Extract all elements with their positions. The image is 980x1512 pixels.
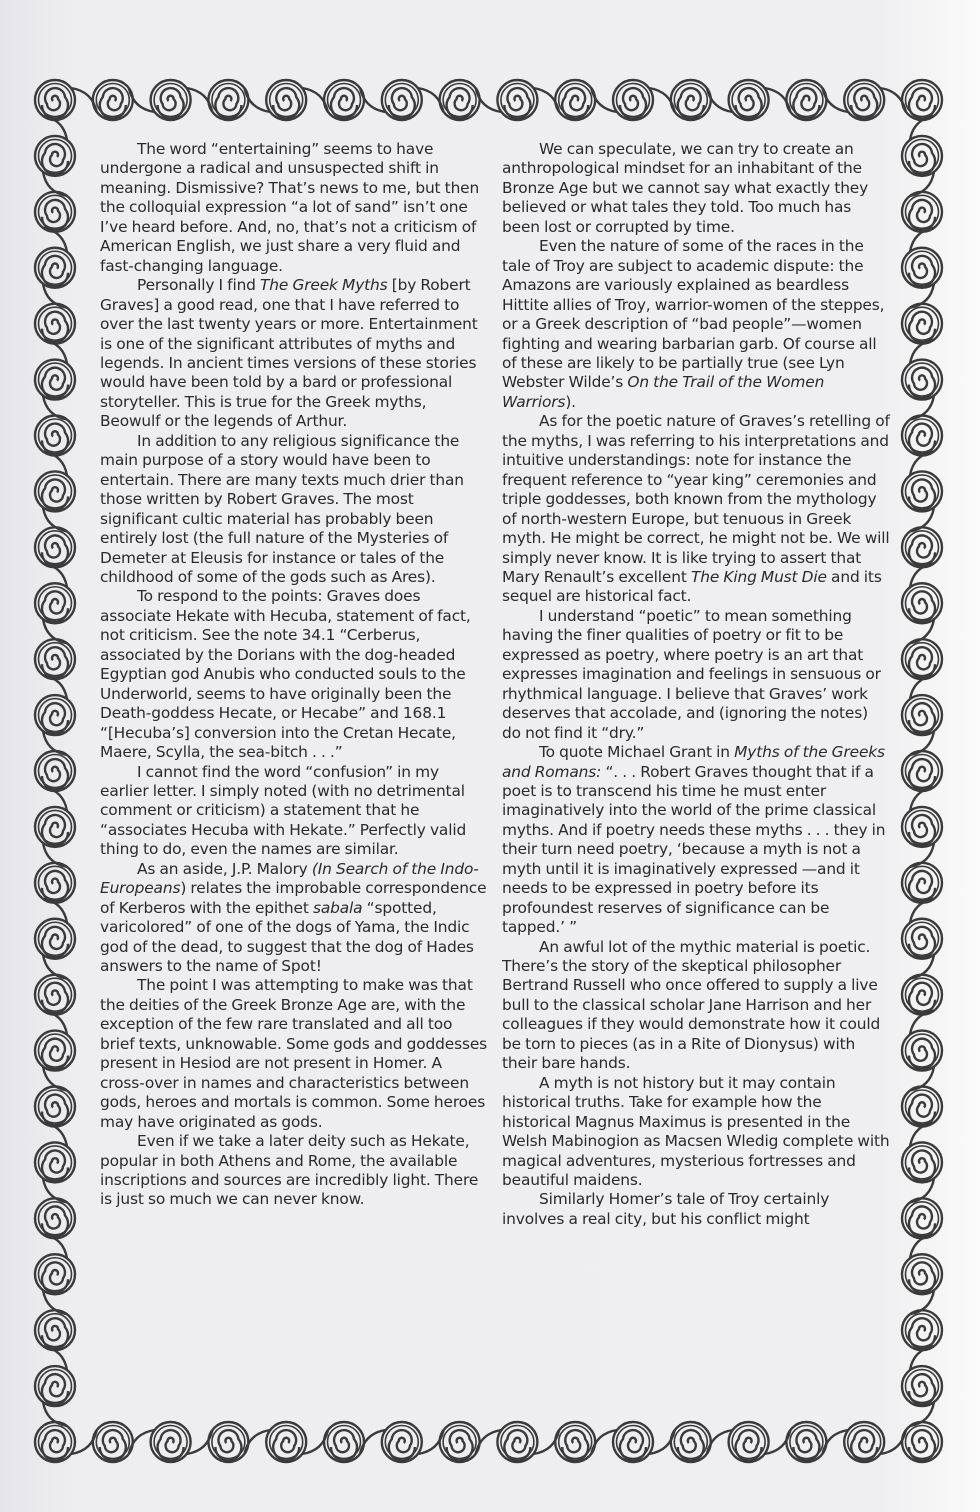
- left-column: The word “entertaining” seems to have un…: [100, 140, 488, 1210]
- paragraph: Personally I find The Greek Myths [by Ro…: [100, 276, 488, 432]
- text-run: As for the poetic nature of Graves’s ret…: [502, 412, 890, 586]
- right-column: We can speculate, we can try to create a…: [502, 140, 890, 1229]
- text-run: An awful lot of the mythic material is p…: [502, 938, 880, 1073]
- paragraph: A myth is not history but it may contain…: [502, 1074, 890, 1191]
- text-run: Even if we take a later deity such as He…: [100, 1132, 478, 1208]
- paragraph: In addition to any religious significanc…: [100, 432, 488, 588]
- paragraph: We can speculate, we can try to create a…: [502, 140, 890, 237]
- text-run: I cannot find the word “confusion” in my…: [100, 763, 466, 859]
- italic-title: sabala: [313, 899, 362, 917]
- paragraph: Even the nature of some of the races in …: [502, 237, 890, 412]
- text-run: The point I was attempting to make was t…: [100, 976, 487, 1130]
- paragraph: I cannot find the word “confusion” in my…: [100, 763, 488, 860]
- paragraph: Even if we take a later deity such as He…: [100, 1132, 488, 1210]
- text-run: The word “entertaining” seems to have un…: [100, 140, 479, 275]
- text-run: Similarly Homer’s tale of Troy certainly…: [502, 1190, 829, 1227]
- text-run: To quote Michael Grant in: [539, 743, 734, 761]
- paragraph: As for the poetic nature of Graves’s ret…: [502, 412, 890, 607]
- paragraph: The word “entertaining” seems to have un…: [100, 140, 488, 276]
- text-run: I understand “poetic” to mean something …: [502, 607, 881, 742]
- text-run: As an aside, J.P. Malory: [137, 860, 312, 878]
- italic-title: The King Must Die: [691, 568, 827, 586]
- text-run: [by Robert Graves] a good read, one that…: [100, 276, 478, 430]
- text-run: We can speculate, we can try to create a…: [502, 140, 868, 236]
- document-page: The word “entertaining” seems to have un…: [0, 0, 980, 1512]
- text-run: “. . . Robert Graves thought that if a p…: [502, 763, 885, 937]
- text-run: A myth is not history but it may contain…: [502, 1074, 889, 1189]
- text-run: ).: [565, 393, 576, 411]
- paragraph: I understand “poetic” to mean something …: [502, 607, 890, 743]
- paragraph: The point I was attempting to make was t…: [100, 976, 488, 1132]
- text-run: Personally I find: [137, 276, 260, 294]
- paragraph: To quote Michael Grant in Myths of the G…: [502, 743, 890, 938]
- text-run: To respond to the points: Graves does as…: [100, 587, 471, 761]
- paragraph: To respond to the points: Graves does as…: [100, 587, 488, 762]
- text-run: Even the nature of some of the races in …: [502, 237, 884, 391]
- text-run: In addition to any religious significanc…: [100, 432, 464, 586]
- paragraph: As an aside, J.P. Malory (In Search of t…: [100, 860, 488, 977]
- paragraph: Similarly Homer’s tale of Troy certainly…: [502, 1190, 890, 1229]
- italic-title: The Greek Myths: [260, 276, 387, 294]
- paragraph: An awful lot of the mythic material is p…: [502, 938, 890, 1074]
